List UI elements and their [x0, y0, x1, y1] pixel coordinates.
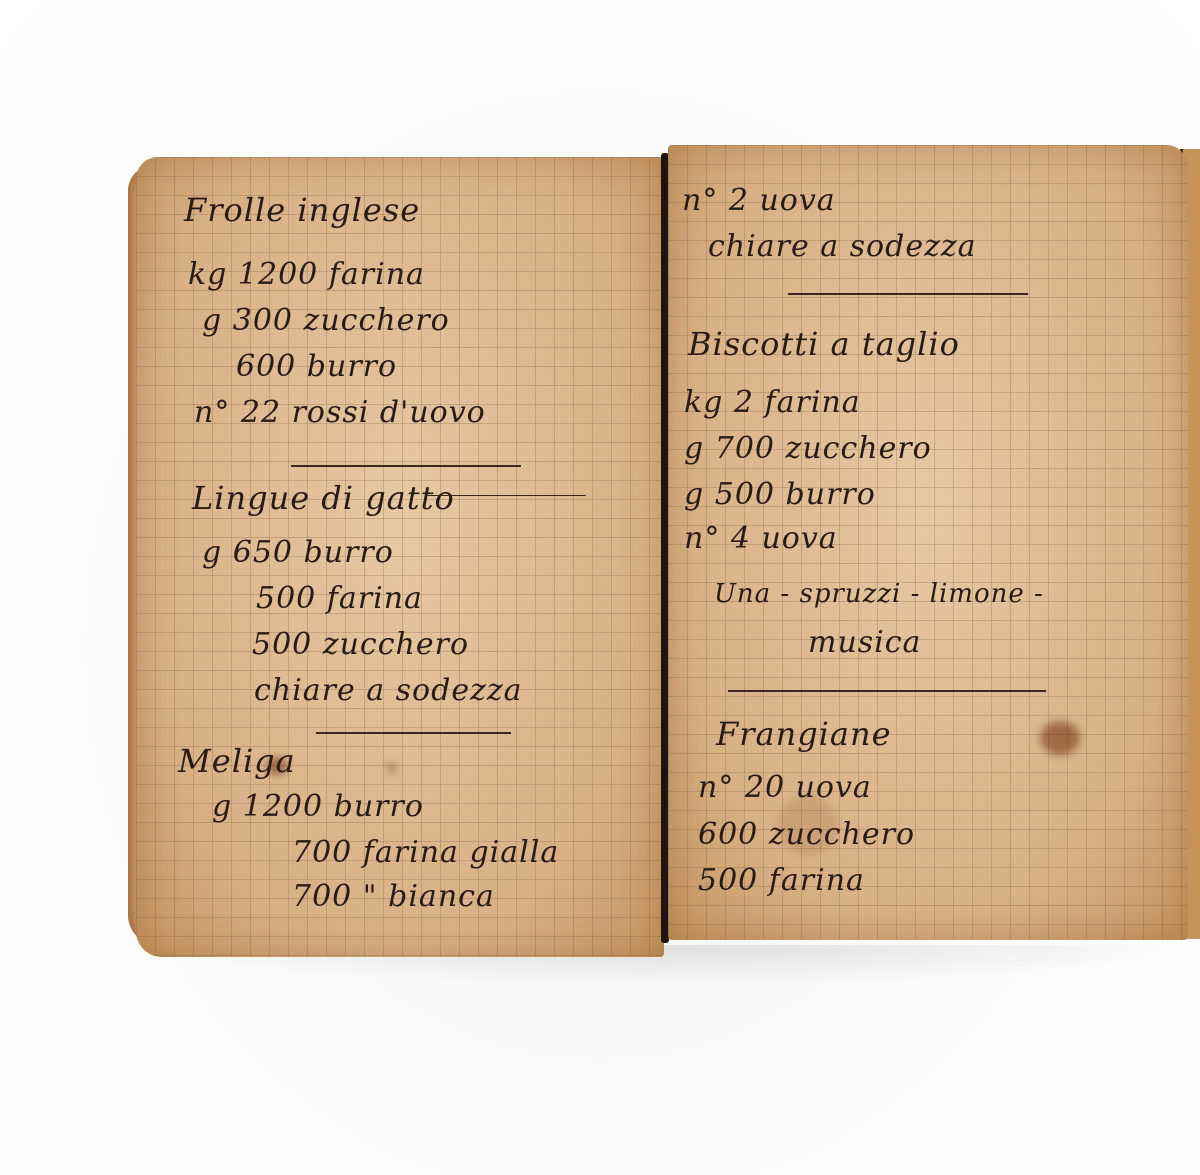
separator-line — [728, 690, 1046, 692]
left-page: Frolle inglese kg 1200 farina g 300 zucc… — [136, 157, 664, 957]
recipe-line: g 650 burro — [202, 535, 394, 570]
recipe-line: chiare a sodezza — [254, 673, 523, 708]
ink-stain — [386, 762, 398, 774]
recipe-notebook: Frolle inglese kg 1200 farina g 300 zucc… — [128, 145, 1200, 960]
recipe-line: g 700 zucchero — [684, 431, 932, 466]
recipe-title: Frangiane — [716, 715, 892, 753]
recipe-line: g 1200 burro — [212, 789, 424, 824]
recipe-title: Frolle inglese — [184, 191, 420, 229]
recipe-line: 700 " bianca — [292, 879, 495, 914]
recipe-title: Lingue di gatto — [192, 479, 455, 517]
recipe-line: 500 farina — [698, 863, 865, 898]
recipe-line: kg 1200 farina — [188, 257, 425, 292]
ink-stain — [1040, 721, 1080, 755]
recipe-line: Una - spruzzi - limone - — [714, 579, 1044, 609]
recipe-title: Biscotti a taglio — [688, 325, 960, 363]
recipe-line: 600 zucchero — [698, 817, 915, 852]
recipe-line: n° 2 uova — [682, 183, 836, 218]
recipe-line: chiare a sodezza — [708, 229, 977, 264]
recipe-title: Meliga — [178, 742, 296, 780]
recipe-line: n° 20 uova — [698, 770, 872, 805]
right-page: n° 2 uova chiare a sodezza Biscotti a ta… — [668, 145, 1188, 940]
recipe-line: n° 22 rossi d'uovo — [194, 395, 486, 430]
recipe-line: g 300 zucchero — [202, 303, 450, 338]
recipe-line: 600 burro — [236, 349, 397, 384]
recipe-line: 700 farina gialla — [292, 835, 559, 870]
separator-line — [316, 732, 511, 734]
separator-line — [788, 293, 1028, 295]
underline — [426, 495, 586, 496]
separator-line — [291, 465, 521, 467]
recipe-line: 500 zucchero — [252, 627, 469, 662]
recipe-line: musica — [808, 625, 921, 660]
recipe-line: n° 4 uova — [684, 521, 838, 556]
recipe-line: g 500 burro — [684, 477, 876, 512]
recipe-line: kg 2 farina — [684, 385, 861, 420]
recipe-line: 500 farina — [256, 581, 423, 616]
